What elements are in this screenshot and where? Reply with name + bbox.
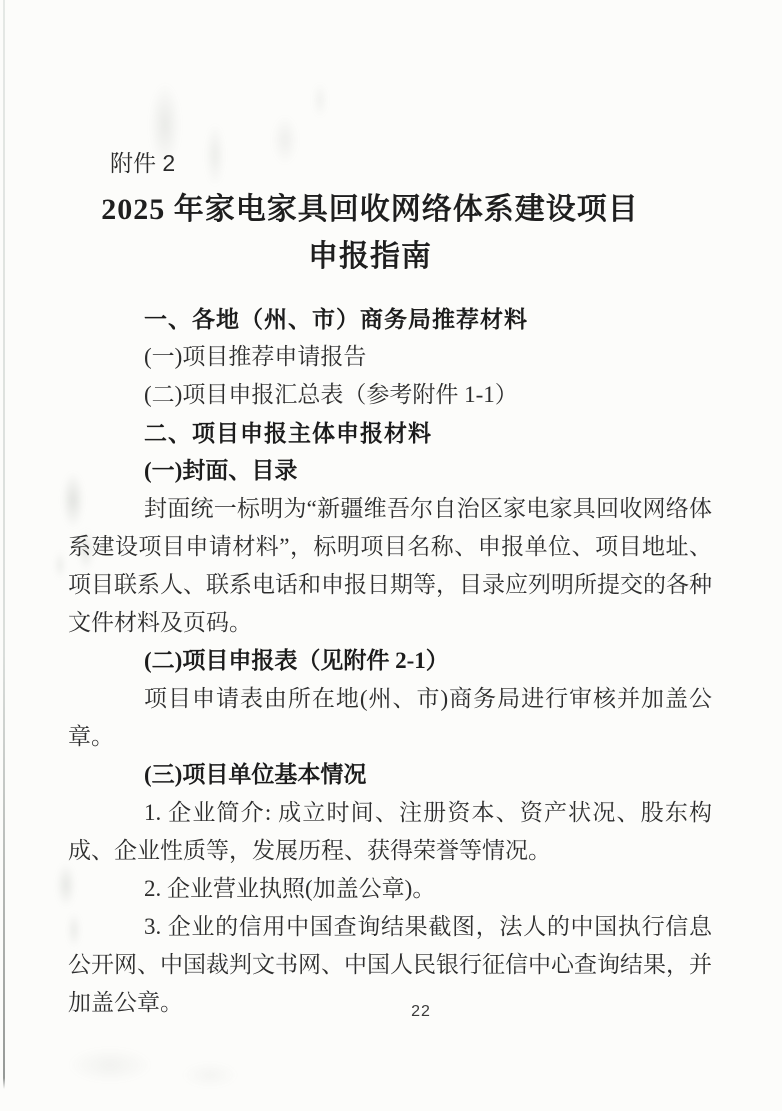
- list-item-summary-table: (二)项目申报汇总表（参考附件 1-1）: [68, 376, 712, 414]
- paragraph-cover-requirements: 封面统一标明为“新疆维吾尔自治区家电家具回收网络体系建设项目申请材料”，标明项目…: [68, 490, 712, 642]
- scan-smudge-bottom-left: [20, 1035, 260, 1105]
- section-heading-recommend-materials: 一、各地（州、市）商务局推荐材料: [68, 300, 712, 338]
- subsection-heading-application-form: (二)项目申报表（见附件 2-1）: [68, 642, 712, 680]
- document-title-line-2: 申报指南: [0, 233, 740, 280]
- attachment-label: 附件 2: [110, 148, 175, 178]
- subsection-heading-cover-catalog: (一)封面、目录: [68, 452, 712, 490]
- paragraph-form-review: 项目申请表由所在地(州、市)商务局进行审核并加盖公章。: [68, 680, 712, 756]
- scan-edge-line: [3, 0, 5, 1089]
- subsection-heading-basic-info: (三)项目单位基本情况: [68, 756, 712, 794]
- list-item-recommend-report: (一)项目推荐申请报告: [68, 338, 712, 376]
- section-heading-applicant-materials: 二、项目申报主体申报材料: [68, 414, 712, 452]
- paragraph-company-profile: 1. 企业简介: 成立时间、注册资本、资产状况、股东构成、企业性质等，发展历程、…: [68, 794, 712, 870]
- paragraph-business-license: 2. 企业营业执照(加盖公章)。: [68, 870, 712, 908]
- document-page: 附件 2 2025 年家电家具回收网络体系建设项目 申报指南 一、各地（州、市）…: [0, 0, 782, 1111]
- paragraph-credit-check: 3. 企业的信用中国查询结果截图，法人的中国执行信息公开网、中国裁判文书网、中国…: [68, 908, 712, 1022]
- page-number: 22: [411, 1003, 431, 1021]
- document-title-line-1: 2025 年家电家具回收网络体系建设项目: [0, 186, 740, 233]
- document-body: 一、各地（州、市）商务局推荐材料 (一)项目推荐申请报告 (二)项目申报汇总表（…: [68, 300, 712, 1022]
- document-title: 2025 年家电家具回收网络体系建设项目 申报指南: [0, 186, 740, 280]
